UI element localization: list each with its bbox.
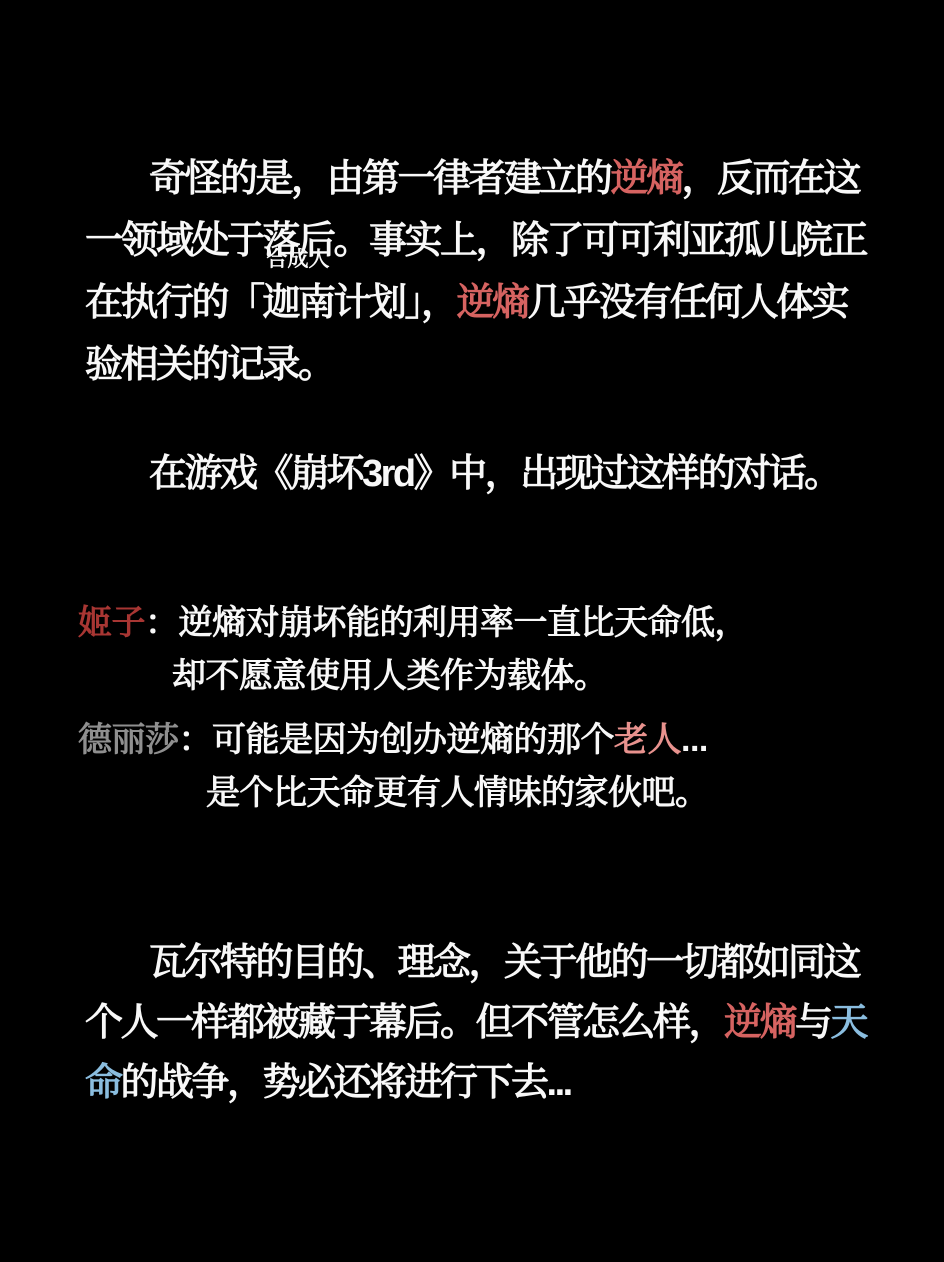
text-run: 几乎没有任何人体实 <box>528 282 848 324</box>
dialogue-text: 却不愿意使用人类作为载体。 <box>172 657 608 695</box>
text-run: 迦南计划 <box>263 282 405 324</box>
text-line: 在游戏《崩坏3rd》中，出现过这样的对话。 <box>85 443 840 505</box>
speaker-colon: ： <box>179 721 213 759</box>
ruby-annotation-synthetic-human: 合成人 <box>267 249 330 270</box>
text-line: 验相关的记录。 <box>85 334 866 396</box>
dialogue-text: ... <box>681 721 708 759</box>
text-run: 奇怪的是，由第一律者建立的 <box>149 158 611 200</box>
text-run: 瓦尔特的目的、理念，关于他的一切都如同这 <box>149 942 859 984</box>
speaker-name-himeko: 姬子 <box>78 604 145 642</box>
dialogue-line: 是个比天命更有人情味的家伙吧。 <box>78 767 709 820</box>
dialogue-text: 逆熵对崩坏能的利用率一直比天命低， <box>179 604 749 642</box>
text-run: 」， <box>405 282 457 324</box>
highlight-schicksal: 命 <box>85 1062 121 1104</box>
text-line: 个人一样都被藏于幕后。但不管怎么样，逆熵与天 <box>85 993 866 1053</box>
text-run: 个人一样都被藏于幕后。但不管怎么样， <box>85 1002 724 1044</box>
paragraph-conclusion: 瓦尔特的目的、理念，关于他的一切都如同这 个人一样都被藏于幕后。但不管怎么样，逆… <box>85 933 866 1113</box>
highlight-old-man: 老人 <box>614 721 681 759</box>
text-run: 一领域处于落后。事实上，除了可可利亚孤儿院正 <box>85 220 866 262</box>
highlight-anti-entropy: 逆熵 <box>611 158 682 200</box>
paragraph-intro: 奇怪的是，由第一律者建立的逆熵，反而在这 一领域处于落后。事实上，除了可可利亚孤… <box>85 148 866 396</box>
text-run: 与 <box>795 1002 831 1044</box>
text-run: 的战争，势必还将进行下去... <box>121 1062 571 1104</box>
highlight-schicksal: 天 <box>831 1002 867 1044</box>
dialogue-theresa: 德丽莎：可能是因为创办逆熵的那个老人... 是个比天命更有人情味的家伙吧。 <box>78 714 709 820</box>
speaker-name-theresa: 德丽莎 <box>78 721 179 759</box>
dialogue-line: 却不愿意使用人类作为载体。 <box>78 650 748 703</box>
caption-card: 奇怪的是，由第一律者建立的逆熵，反而在这 一领域处于落后。事实上，除了可可利亚孤… <box>0 0 944 1262</box>
text-line: 在执行的「合成人迦南计划」，逆熵几乎没有任何人体实 <box>85 272 866 334</box>
text-run: 在游戏《崩坏3rd》中，出现过这样的对话。 <box>149 453 840 495</box>
annotated-term-canaan-plan: 合成人迦南计划 <box>263 272 405 334</box>
dialogue-text: 是个比天命更有人情味的家伙吧。 <box>206 774 709 812</box>
highlight-anti-entropy: 逆熵 <box>724 1002 795 1044</box>
text-run: ，反而在这 <box>682 158 860 200</box>
text-line: 瓦尔特的目的、理念，关于他的一切都如同这 <box>85 933 866 993</box>
dialogue-line: 姬子：逆熵对崩坏能的利用率一直比天命低， <box>78 597 748 650</box>
dialogue-himeko: 姬子：逆熵对崩坏能的利用率一直比天命低， 却不愿意使用人类作为载体。 <box>78 597 748 703</box>
paragraph-game-reference: 在游戏《崩坏3rd》中，出现过这样的对话。 <box>85 443 840 505</box>
text-line: 奇怪的是，由第一律者建立的逆熵，反而在这 <box>85 148 866 210</box>
text-line: 命的战争，势必还将进行下去... <box>85 1053 866 1113</box>
speaker-colon: ： <box>145 604 179 642</box>
dialogue-text: 可能是因为创办逆熵的那个 <box>212 721 614 759</box>
dialogue-line: 德丽莎：可能是因为创办逆熵的那个老人... <box>78 714 709 767</box>
text-run: 在执行的「 <box>85 282 263 324</box>
highlight-anti-entropy: 逆熵 <box>457 282 528 324</box>
text-run: 验相关的记录。 <box>85 344 334 386</box>
text-line: 一领域处于落后。事实上，除了可可利亚孤儿院正 <box>85 210 866 272</box>
